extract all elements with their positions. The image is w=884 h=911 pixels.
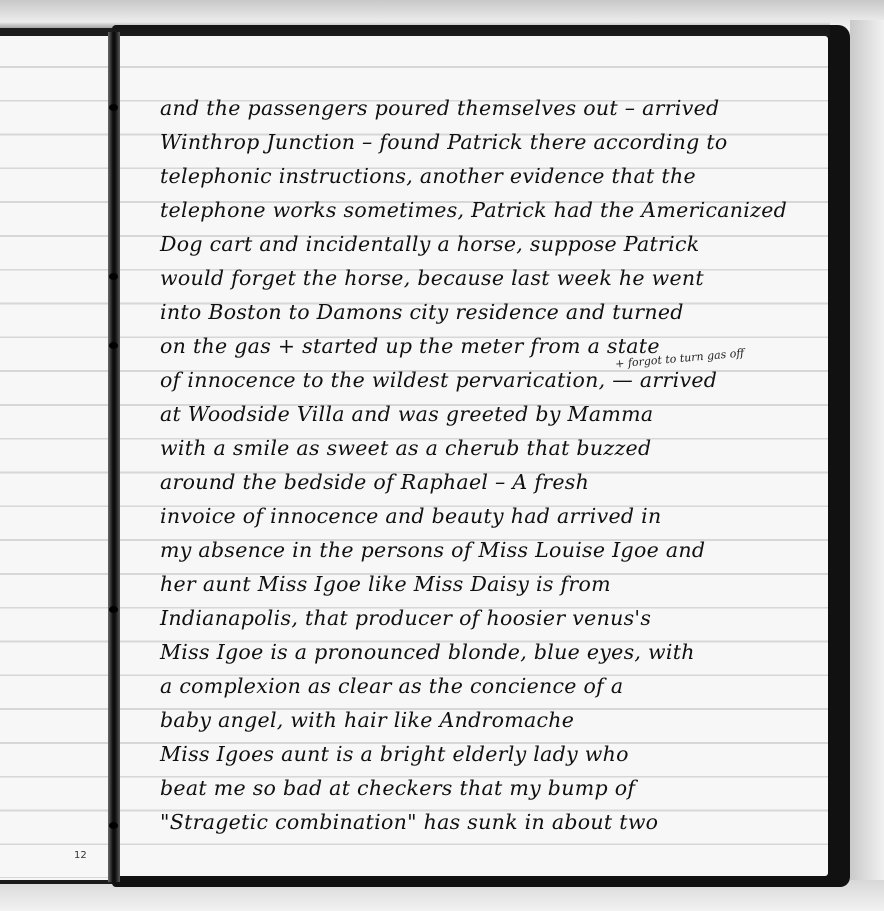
text-line: into Boston to Damons city residence and… <box>160 300 684 324</box>
spine-stitch <box>109 104 118 111</box>
text-line: with a smile as sweet as a cherub that b… <box>160 436 651 460</box>
text-line: of innocence to the wildest pervaricatio… <box>160 368 717 392</box>
text-line: Winthrop Junction – found Patrick there … <box>160 130 728 154</box>
spine-stitch <box>109 342 118 349</box>
spine-stitch <box>109 273 118 280</box>
text-line: telephonic instructions, another evidenc… <box>160 164 696 188</box>
text-line: Miss Igoes aunt is a bright elderly lady… <box>160 742 629 766</box>
notebook-spine <box>108 32 120 882</box>
text-line: at Woodside Villa and was greeted by Mam… <box>160 402 653 426</box>
text-line: on the gas + started up the meter from a… <box>160 334 660 358</box>
text-line: Miss Igoe is a pronounced blonde, blue e… <box>160 640 695 664</box>
left-page <box>0 36 108 880</box>
text-line: a complexion as clear as the concience o… <box>160 674 623 698</box>
text-line: telephone works sometimes, Patrick had t… <box>160 198 787 222</box>
right-shadow <box>850 20 884 900</box>
text-line: around the bedside of Raphael – A fresh <box>160 470 589 494</box>
page-number: 12 <box>74 850 87 861</box>
text-line: invoice of innocence and beauty had arri… <box>160 504 662 528</box>
text-line: her aunt Miss Igoe like Miss Daisy is fr… <box>160 572 611 596</box>
text-line: and the passengers poured themselves out… <box>160 96 719 120</box>
text-line: baby angel, with hair like Andromache <box>160 708 574 732</box>
text-line: would forget the horse, because last wee… <box>160 266 704 290</box>
text-line: beat me so bad at checkers that my bump … <box>160 776 635 800</box>
spine-stitch <box>109 822 118 829</box>
text-line: Dog cart and incidentally a horse, suppo… <box>160 232 700 256</box>
text-line: Indianapolis, that producer of hoosier v… <box>160 606 651 630</box>
text-line: "Stragetic combination" has sunk in abou… <box>160 810 658 834</box>
top-shadow <box>0 22 830 36</box>
spine-stitch <box>109 606 118 613</box>
text-line: my absence in the persons of Miss Louise… <box>160 538 705 562</box>
